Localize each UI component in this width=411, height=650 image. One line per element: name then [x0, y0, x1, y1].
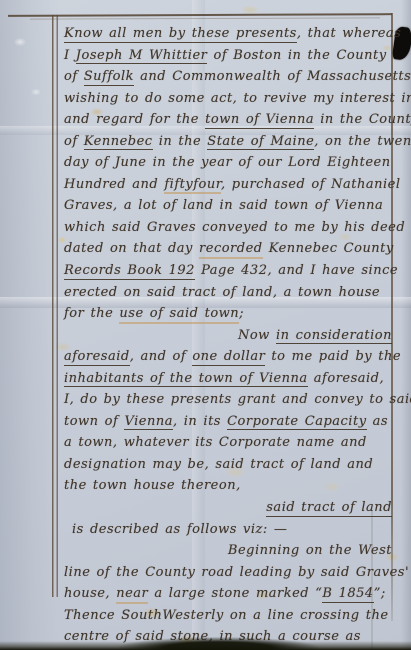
text-segment: , that whereas	[297, 26, 402, 41]
underlined-phrase: said tract of land	[266, 500, 392, 517]
text-segment: , on the twentieth	[314, 134, 411, 149]
manuscript-text: Know all men by these presents, that whe…	[64, 23, 392, 648]
handwritten-line: erected on said tract of land, a town ho…	[64, 282, 392, 304]
handwritten-line: Now in consideration	[64, 325, 392, 347]
handwritten-line: I, do by these presents grant and convey…	[64, 389, 392, 411]
handwritten-line: wishing to do some act, to revive my int…	[64, 88, 392, 110]
handwritten-line: day of June in the year of our Lord Eigh…	[64, 152, 392, 174]
handwritten-line: aforesaid, and of one dollar to me paid …	[64, 346, 392, 368]
underlined-phrase: Corporate Capacity	[227, 414, 366, 431]
text-segment: and Commonwealth of Massachusetts	[134, 69, 411, 84]
handwritten-line: house, near a large stone marked “B 1854…	[64, 583, 392, 605]
underlined-phrase: in consideration	[276, 328, 392, 345]
handwritten-line: Records Book 192 Page 432, and I have si…	[64, 260, 392, 282]
underlined-phrase: Kennebec	[84, 134, 153, 151]
text-segment: Hundred and	[64, 177, 164, 192]
handwritten-line: Know all men by these presents, that whe…	[64, 23, 392, 45]
text-segment: ”;	[374, 586, 386, 601]
text-segment: a large stone marked “	[148, 586, 322, 601]
handwritten-line: Hundred and fiftyfour, purchased of Nath…	[64, 174, 392, 196]
text-segment: which said Graves conveyed to me by his …	[64, 220, 405, 235]
underlined-phrase: State of Maine	[207, 134, 314, 151]
text-segment: Graves, a lot of land in said town of Vi…	[64, 198, 383, 213]
text-segment: of Boston in the County	[207, 48, 386, 63]
handwritten-line: Graves, a lot of land in said town of Vi…	[64, 195, 392, 217]
underlined-phrase: aforesaid	[64, 349, 130, 366]
text-segment: town of	[64, 414, 124, 429]
handwritten-line: I Joseph M Whittier of Boston in the Cou…	[64, 45, 392, 67]
text-segment: a town, whatever its Corporate name and	[64, 435, 367, 450]
handwritten-line: which said Graves conveyed to me by his …	[64, 217, 392, 239]
bottom-edge-dark-bump	[118, 637, 318, 650]
text-segment: the town house thereon,	[64, 478, 241, 493]
text-segment: wishing to do some act, to revive my int…	[64, 91, 411, 106]
text-segment: in the	[153, 134, 208, 149]
text-segment: as	[367, 414, 389, 429]
text-segment: ;	[239, 306, 244, 321]
text-segment: of	[64, 134, 84, 149]
text-segment: aforesaid,	[308, 371, 384, 386]
handwritten-line: the town house thereon,	[64, 475, 392, 497]
underlined-phrase: inhabitants of the town of Vienna	[64, 371, 308, 388]
handwritten-line: of Kennebec in the State of Maine, on th…	[64, 131, 392, 153]
text-segment: Beginning on the West	[228, 543, 392, 558]
deed-page-photo: Know all men by these presents, that whe…	[0, 0, 411, 650]
handwritten-line: for the use of said town;	[64, 303, 392, 325]
text-segment: designation may be, said tract of land a…	[64, 457, 373, 472]
underlined-phrase: recorded	[199, 241, 263, 259]
underlined-phrase: Records Book 192	[64, 263, 195, 280]
text-segment: line of the County road leading by said …	[64, 565, 409, 580]
underlined-phrase: one dollar	[192, 349, 265, 366]
underlined-phrase: Know all men by these presents	[64, 26, 297, 43]
text-segment: , in its	[173, 414, 227, 429]
text-segment: for the	[64, 306, 119, 321]
underlined-phrase: fiftyfour	[164, 177, 221, 195]
text-segment: house,	[64, 586, 116, 601]
text-segment: in the County	[314, 112, 411, 127]
handwritten-line: said tract of land	[64, 497, 392, 519]
underlined-phrase: B 1854	[322, 586, 373, 603]
handwritten-line: Thence SouthWesterly on a line crossing …	[64, 605, 392, 627]
text-segment: Page 432, and I have since	[195, 263, 398, 278]
handwritten-line: inhabitants of the town of Vienna afores…	[64, 368, 392, 390]
text-segment: is described as follows viz: —	[72, 522, 287, 537]
text-segment: , and of	[130, 349, 193, 364]
text-segment: Now	[238, 328, 276, 343]
text-segment: and regard for the	[64, 112, 205, 127]
underlined-phrase: town of Vienna	[205, 112, 314, 129]
underlined-phrase: Suffolk	[84, 69, 134, 86]
text-segment: I, do by these presents grant and convey…	[64, 392, 411, 407]
text-segment: I	[64, 48, 76, 63]
text-segment: Thence SouthWesterly on a line crossing …	[64, 608, 389, 623]
handwritten-line: town of Vienna, in its Corporate Capacit…	[64, 411, 392, 433]
handwritten-line: of Suffolk and Commonwealth of Massachus…	[64, 66, 392, 88]
handwritten-line: line of the County road leading by said …	[64, 562, 392, 584]
text-segment: erected on said tract of land, a town ho…	[64, 285, 380, 300]
handwritten-line: is described as follows viz: —	[64, 519, 392, 541]
handwritten-line: Beginning on the West	[64, 540, 392, 562]
underlined-phrase: Vienna	[124, 414, 173, 431]
text-segment: to me paid by the	[265, 349, 401, 364]
text-segment: dated on that day	[64, 241, 199, 256]
left-margin-double-rule	[52, 15, 58, 597]
text-segment: day of June in the year of our Lord Eigh…	[64, 155, 391, 170]
text-segment: , purchased of Nathaniel	[221, 177, 401, 192]
handwritten-line: and regard for the town of Vienna in the…	[64, 109, 392, 131]
underlined-phrase: Joseph M Whittier	[76, 48, 208, 65]
text-segment: Kennebec County	[263, 241, 394, 256]
handwritten-line: dated on that day recorded Kennebec Coun…	[64, 238, 392, 260]
text-segment: of	[64, 69, 84, 84]
handwritten-line: a town, whatever its Corporate name and	[64, 432, 392, 454]
underlined-phrase: use of said town	[119, 306, 239, 324]
underlined-phrase: near	[116, 586, 148, 604]
handwritten-line: designation may be, said tract of land a…	[64, 454, 392, 476]
